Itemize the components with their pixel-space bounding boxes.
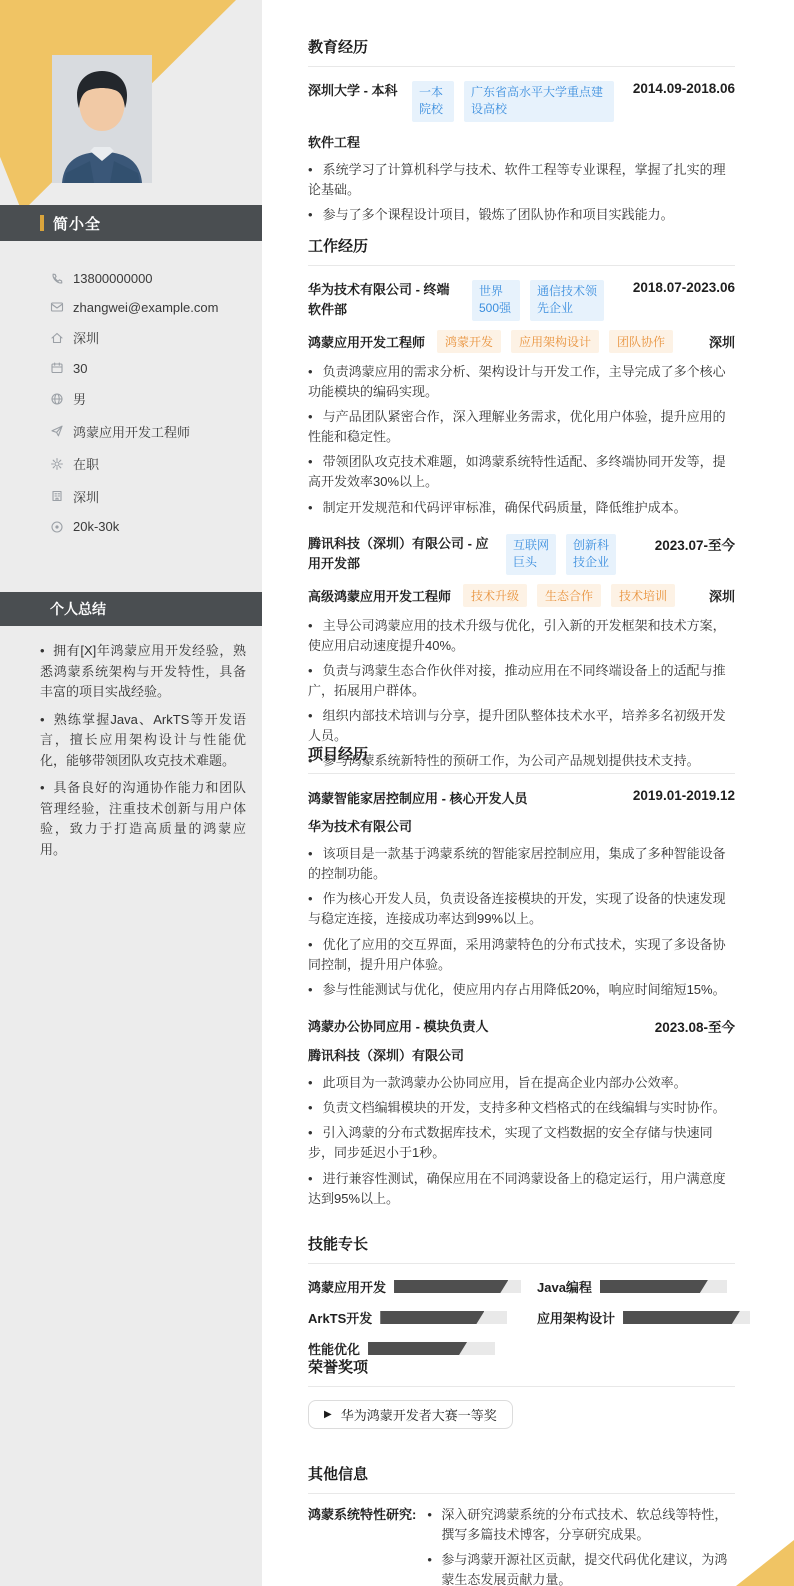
school-tags: 一本院校 广东省高水平大学重点建设高校: [412, 81, 614, 122]
play-icon: ▶: [324, 1409, 332, 1420]
date-range: 2014.09-2018.06: [623, 81, 735, 96]
section-title: 教育经历: [308, 36, 735, 67]
role-title: 高级鸿蒙应用开发工程师: [308, 586, 451, 605]
skill-bar-fill: [380, 1311, 484, 1324]
section-title: 工作经历: [308, 235, 735, 266]
contact-value: 30: [73, 361, 87, 376]
honor-text: 华为鸿蒙开发者大赛一等奖: [341, 1405, 497, 1424]
skill-item: Java编程: [537, 1277, 750, 1296]
company-tag: 世界500强: [472, 280, 520, 321]
project-header: 鸿蒙办公协同应用 - 模块负责人 2023.08-至今: [308, 1016, 735, 1036]
contact-item-phone: 13800000000: [50, 271, 248, 286]
skill-name: 应用架构设计: [537, 1308, 615, 1327]
section-work: 工作经历 华为技术有限公司 - 终端软件部 世界500强 通信技术领先企业 20…: [308, 235, 735, 772]
section-title: 其他信息: [308, 1463, 735, 1494]
company-tag: 通信技术领先企业: [530, 280, 604, 321]
project-bullet: 进行兼容性测试，确保应用在不同鸿蒙设备上的稳定运行，用户满意度达到95%以上。: [308, 1169, 735, 1209]
profile-photo: [52, 55, 152, 183]
company-name: 腾讯科技（深圳）有限公司 - 应用开发部: [308, 534, 494, 574]
skill-item: 鸿蒙应用开发: [308, 1277, 537, 1296]
school-tag: 广东省高水平大学重点建设高校: [464, 81, 614, 122]
skill-item: 应用架构设计: [537, 1308, 750, 1327]
school-tag: 一本院校: [412, 81, 454, 122]
company-row: 华为技术有限公司 - 终端软件部 世界500强 通信技术领先企业 2018.07…: [308, 280, 735, 321]
section-honors: 荣誉奖项 ▶ 华为鸿蒙开发者大赛一等奖: [308, 1356, 735, 1429]
other-bullets: 深入研究鸿蒙系统的分布式技术、软总线等特性，撰写多篇技术博客，分享研究成果。 参…: [424, 1505, 735, 1586]
major: 软件工程: [308, 132, 735, 151]
school-name: 深圳大学 - 本科: [308, 81, 400, 101]
date-range: 2018.07-2023.06: [623, 280, 735, 295]
honor-badge: ▶ 华为鸿蒙开发者大赛一等奖: [308, 1400, 513, 1429]
candidate-name: 简小全: [53, 213, 101, 234]
role-row: 高级鸿蒙应用开发工程师 技术升级 生态合作 技术培训 深圳: [308, 584, 735, 607]
contact-item-age: 30: [50, 361, 248, 376]
contact-value: 鸿蒙应用开发工程师: [73, 422, 190, 441]
project-header: 鸿蒙智能家居控制应用 - 核心开发人员 2019.01-2019.12: [308, 788, 735, 807]
work-bullet: 制定开发规范和代码评审标准，确保代码质量，降低维护成本。: [308, 498, 735, 518]
location: 深圳: [709, 332, 735, 351]
email-icon: [50, 300, 64, 314]
work-bullet: 组织内部技术培训与分享，提升团队整体技术水平，培养多名初级开发人员。: [308, 706, 735, 746]
other-bullet: 深入研究鸿蒙系统的分布式技术、软总线等特性，撰写多篇技术博客，分享研究成果。: [424, 1505, 735, 1544]
education-bullet: 系统学习了计算机科学与技术、软件工程等专业课程，掌握了扎实的理论基础。: [308, 160, 735, 200]
contact-value: 13800000000: [73, 271, 153, 286]
resume-page: 简小全 13800000000 zhangwei@example.com 深圳: [0, 0, 794, 1586]
work-entry: 腾讯科技（深圳）有限公司 - 应用开发部 互联网巨头 创新科技企业 2023.0…: [308, 534, 735, 772]
contact-list: 13800000000 zhangwei@example.com 深圳 30: [50, 271, 248, 534]
section-skills: 技能专长 鸿蒙应用开发 Java编程 ArkTS开发 应用架构设计 性能优化: [308, 1233, 735, 1358]
project-bullet: 引入鸿蒙的分布式数据库技术，实现了文档数据的安全存储与快速同步，同步延迟小于1秒…: [308, 1123, 735, 1163]
company-tag: 互联网巨头: [506, 534, 556, 575]
role-tags: 技术升级 生态合作 技术培训: [463, 584, 675, 607]
role-tag: 生态合作: [537, 584, 601, 607]
age-icon: [50, 361, 64, 375]
skill-item: ArkTS开发: [308, 1308, 537, 1327]
contact-value: 20k-30k: [73, 519, 119, 534]
contact-value: 在职: [73, 454, 99, 473]
other-label: 鸿蒙系统特性研究:: [308, 1505, 416, 1586]
project-entry: 鸿蒙智能家居控制应用 - 核心开发人员 2019.01-2019.12 华为技术…: [308, 788, 735, 1000]
education-entry: 深圳大学 - 本科 一本院校 广东省高水平大学重点建设高校 2014.09-20…: [308, 81, 735, 122]
section-projects: 项目经历 鸿蒙智能家居控制应用 - 核心开发人员 2019.01-2019.12…: [308, 743, 735, 1209]
skill-bar: [600, 1280, 727, 1293]
project-entry: 鸿蒙办公协同应用 - 模块负责人 2023.08-至今 腾讯科技（深圳）有限公司…: [308, 1016, 735, 1209]
skill-name: ArkTS开发: [308, 1308, 372, 1327]
contact-value: 深圳: [73, 328, 99, 347]
role-tag: 应用架构设计: [511, 330, 599, 353]
contact-value: zhangwei@example.com: [73, 300, 218, 315]
role-tag: 技术培训: [611, 584, 675, 607]
location: 深圳: [709, 586, 735, 605]
summary-bullet: 具备良好的沟通协作能力和团队管理经验，注重技术创新与用户体验，致力于打造高质量的…: [40, 778, 246, 860]
sidebar: 简小全 13800000000 zhangwei@example.com 深圳: [0, 0, 262, 1586]
contact-item-salary: 20k-30k: [50, 519, 248, 534]
project-company: 腾讯科技（深圳）有限公司: [308, 1045, 735, 1064]
skill-bar: [623, 1311, 750, 1324]
skill-name: Java编程: [537, 1277, 592, 1296]
date-range: 2019.01-2019.12: [623, 788, 735, 807]
summary-title: 个人总结: [50, 599, 106, 619]
skill-bar: [368, 1342, 495, 1355]
work-entry: 华为技术有限公司 - 终端软件部 世界500强 通信技术领先企业 2018.07…: [308, 280, 735, 518]
city-icon: [50, 489, 64, 503]
role-row: 鸿蒙应用开发工程师 鸿蒙开发 应用架构设计 团队协作 深圳: [308, 330, 735, 353]
other-bullet: 参与鸿蒙开源社区贡献，提交代码优化建议，为鸿蒙生态发展贡献力量。: [424, 1550, 735, 1586]
status-icon: [50, 457, 64, 471]
section-title: 技能专长: [308, 1233, 735, 1264]
work-bullet: 负责与鸿蒙生态合作伙伴对接，推动应用在不同终端设备上的适配与推广，拓展用户群体。: [308, 661, 735, 701]
skill-bar-fill: [600, 1280, 708, 1293]
skill-bar-fill: [394, 1280, 508, 1293]
role-title: 鸿蒙应用开发工程师: [308, 332, 425, 351]
contact-item-home: 深圳: [50, 328, 248, 347]
work-bullet: 与产品团队紧密合作，深入理解业务需求，优化用户体验，提升应用的性能和稳定性。: [308, 407, 735, 447]
summary-bullet: 熟练掌握Java、ArkTS等开发语言，擅长应用架构设计与性能优化，能够带领团队…: [40, 710, 246, 772]
work-bullet: 带领团队攻克技术难题，如鸿蒙系统特性适配、多终端协同开发等，提高开发效率30%以…: [308, 452, 735, 492]
work-bullet: 负责鸿蒙应用的需求分析、架构设计与开发工作，主导完成了多个核心功能模块的编码实现…: [308, 362, 735, 402]
contact-value: 深圳: [73, 487, 99, 506]
home-icon: [50, 331, 64, 345]
work-bullet: 主导公司鸿蒙应用的技术升级与优化，引入新的开发框架和技术方案，使应用启动速度提升…: [308, 616, 735, 656]
role-tag: 鸿蒙开发: [437, 330, 501, 353]
contact-item-status: 在职: [50, 454, 248, 473]
other-info-row: 鸿蒙系统特性研究: 深入研究鸿蒙系统的分布式技术、软总线等特性，撰写多篇技术博客…: [308, 1505, 735, 1586]
skill-bar: [394, 1280, 521, 1293]
company-tags: 互联网巨头 创新科技企业: [506, 534, 616, 575]
role-tags: 鸿蒙开发 应用架构设计 团队协作: [437, 330, 673, 353]
yellow-corner-decoration-bottom: [736, 1540, 794, 1586]
summary-content: 拥有[X]年鸿蒙应用开发经验，熟悉鸿蒙系统架构与开发特性，具备丰富的项目实战经验…: [40, 641, 246, 860]
section-title: 荣誉奖项: [308, 1356, 735, 1387]
company-name: 华为技术有限公司 - 终端软件部: [308, 280, 460, 320]
project-company: 华为技术有限公司: [308, 816, 735, 835]
company-tag: 创新科技企业: [566, 534, 616, 575]
skills-grid: 鸿蒙应用开发 Java编程 ArkTS开发 应用架构设计 性能优化: [308, 1277, 735, 1358]
contact-value: 男: [73, 389, 86, 408]
summary-bullet: 拥有[X]年鸿蒙应用开发经验，熟悉鸿蒙系统架构与开发特性，具备丰富的项目实战经验…: [40, 641, 246, 703]
position-icon: [50, 424, 64, 438]
skill-bar: [380, 1311, 507, 1324]
contact-item-gender: 男: [50, 389, 248, 408]
project-bullet: 负责文档编辑模块的开发，支持多种文档格式的在线编辑与实时协作。: [308, 1098, 735, 1118]
gender-icon: [50, 392, 64, 406]
contact-item-email: zhangwei@example.com: [50, 300, 248, 315]
name-accent-bar: [40, 215, 44, 231]
project-bullet: 参与性能测试与优化，使应用内存占用降低20%，响应时间缩短15%。: [308, 980, 735, 1000]
project-bullet: 优化了应用的交互界面，采用鸿蒙特色的分布式技术，实现了多设备协同控制，提升用户体…: [308, 935, 735, 975]
project-bullet: 作为核心开发人员，负责设备连接模块的开发，实现了设备的快速发现与稳定连接，连接成…: [308, 889, 735, 929]
salary-icon: [50, 520, 64, 534]
project-bullet: 此项目为一款鸿蒙办公协同应用，旨在提高企业内部办公效率。: [308, 1073, 735, 1093]
summary-banner: 个人总结: [0, 592, 262, 626]
skill-bar-fill: [623, 1311, 740, 1324]
project-bullet: 该项目是一款基于鸿蒙系统的智能家居控制应用，集成了多种智能设备的控制功能。: [308, 844, 735, 884]
role-tag: 团队协作: [609, 330, 673, 353]
skill-name: 鸿蒙应用开发: [308, 1277, 386, 1296]
company-row: 腾讯科技（深圳）有限公司 - 应用开发部 互联网巨头 创新科技企业 2023.0…: [308, 534, 735, 575]
date-range: 2023.08-至今: [645, 1016, 735, 1036]
role-tag: 技术升级: [463, 584, 527, 607]
contact-item-city: 深圳: [50, 487, 248, 506]
project-name: 鸿蒙智能家居控制应用 - 核心开发人员: [308, 788, 528, 807]
name-banner: 简小全: [0, 205, 262, 241]
contact-item-position: 鸿蒙应用开发工程师: [50, 422, 248, 441]
section-other: 其他信息 鸿蒙系统特性研究: 深入研究鸿蒙系统的分布式技术、软总线等特性，撰写多…: [308, 1463, 735, 1586]
section-title: 项目经历: [308, 743, 735, 774]
education-bullet: 参与了多个课程设计项目，锻炼了团队协作和项目实践能力。: [308, 205, 735, 225]
section-education: 教育经历 深圳大学 - 本科 一本院校 广东省高水平大学重点建设高校 2014.…: [308, 36, 735, 225]
date-range: 2023.07-至今: [645, 534, 735, 554]
project-name: 鸿蒙办公协同应用 - 模块负责人: [308, 1016, 489, 1036]
skill-bar-fill: [368, 1342, 467, 1355]
phone-icon: [50, 272, 64, 286]
company-tags: 世界500强 通信技术领先企业: [472, 280, 604, 321]
